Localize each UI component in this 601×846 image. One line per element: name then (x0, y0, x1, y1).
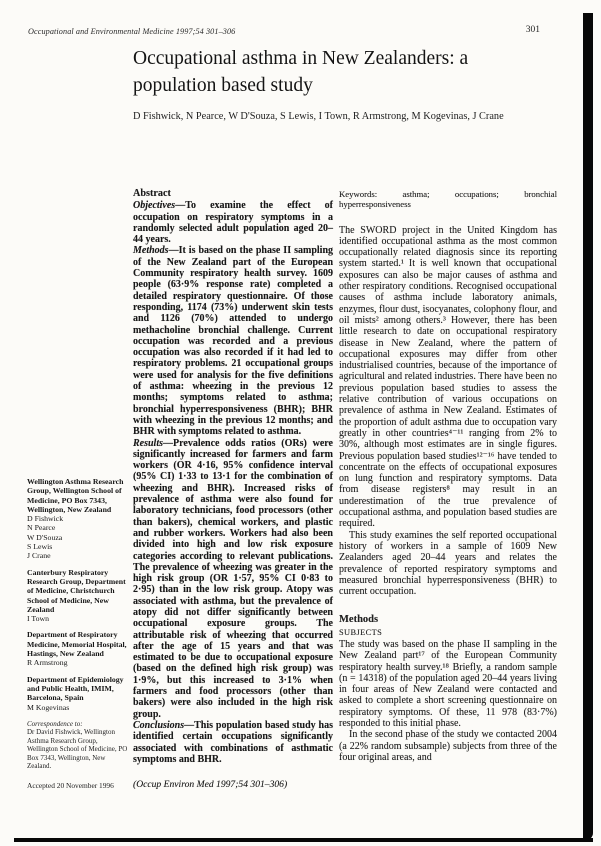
correspondence-label: Correspondence to: (27, 720, 129, 729)
abstract-methods: Methods—It is based on the phase II samp… (133, 245, 333, 437)
scan-edge-bottom-artifact (14, 838, 593, 842)
affiliation-block-barcelona: Department of Epidemiology and Public He… (27, 675, 129, 712)
affiliations-sidebar: Wellington Asthma Research Group, Wellin… (27, 477, 129, 790)
affiliation-names: I Town (27, 614, 129, 623)
article-title: Occupational asthma in New Zealanders: a… (133, 46, 563, 99)
affiliation-institution: Canterbury Respiratory Research Group, D… (27, 568, 129, 614)
scan-edge-right-artifact (583, 13, 593, 840)
affiliation-institution: Department of Epidemiology and Public He… (27, 675, 129, 703)
abstract-section-text: —Prevalence odds ratios (ORs) were signi… (133, 438, 333, 720)
methods-paragraph-2: In the second phase of the study we cont… (339, 729, 557, 763)
abstract-results: Results—Prevalence odds ratios (ORs) wer… (133, 438, 333, 720)
methods-paragraph-1: The study was based on the phase II samp… (339, 639, 557, 729)
affiliation-names: M Kogevinas (27, 703, 129, 712)
affiliation-block-canterbury: Canterbury Respiratory Research Group, D… (27, 568, 129, 624)
abstract-heading: Abstract (133, 188, 333, 199)
author-line: D Fishwick, N Pearce, W D'Souza, S Lewis… (133, 111, 583, 122)
introduction-paragraph-1: The SWORD project in the United Kingdom … (339, 225, 557, 530)
correspondence-note: Correspondence to: Dr David Fishwick, We… (27, 720, 129, 771)
introduction-paragraph-2: This study examines the self reported oc… (339, 530, 557, 598)
abstract-section-label: Conclusions (133, 720, 184, 731)
abstract-column: Abstract Objectives—To examine the effec… (133, 188, 333, 790)
abstract-section-label: Objectives (133, 200, 175, 211)
journal-page: Occupational and Environmental Medicine … (0, 0, 601, 846)
abstract-section-label: Methods (133, 245, 169, 256)
abstract-section-label: Results (133, 438, 163, 449)
accepted-date: Accepted 20 November 1996 (27, 781, 129, 790)
abstract-section-text: —It is based on the phase II sampling of… (133, 245, 333, 437)
keywords-line: Keywords: asthma; occupations; bronchial… (339, 190, 557, 210)
affiliation-names: D Fishwick N Pearce W D'Souza S Lewis J … (27, 514, 129, 560)
page-number: 301 (495, 25, 540, 35)
subjects-subheading: SUBJECTS (339, 627, 557, 638)
abstract-objectives: Objectives—To examine the effect of occu… (133, 200, 333, 245)
abstract-conclusions: Conclusions—This population based study … (133, 720, 333, 765)
correspondence-address: Dr David Fishwick, Wellington Asthma Res… (27, 728, 129, 771)
affiliation-names: R Armstrong (27, 658, 129, 667)
affiliation-institution: Wellington Asthma Research Group, Wellin… (27, 477, 129, 514)
body-column: Keywords: asthma; occupations; bronchial… (339, 188, 557, 763)
affiliation-institution: Department of Respiratory Medicine, Memo… (27, 630, 129, 658)
running-head: Occupational and Environmental Medicine … (28, 27, 235, 36)
affiliation-block-hastings: Department of Respiratory Medicine, Memo… (27, 630, 129, 667)
affiliation-block-wellington: Wellington Asthma Research Group, Wellin… (27, 477, 129, 561)
methods-heading: Methods (339, 614, 557, 625)
abstract-citation: (Occup Environ Med 1997;54 301–306) (133, 779, 333, 790)
